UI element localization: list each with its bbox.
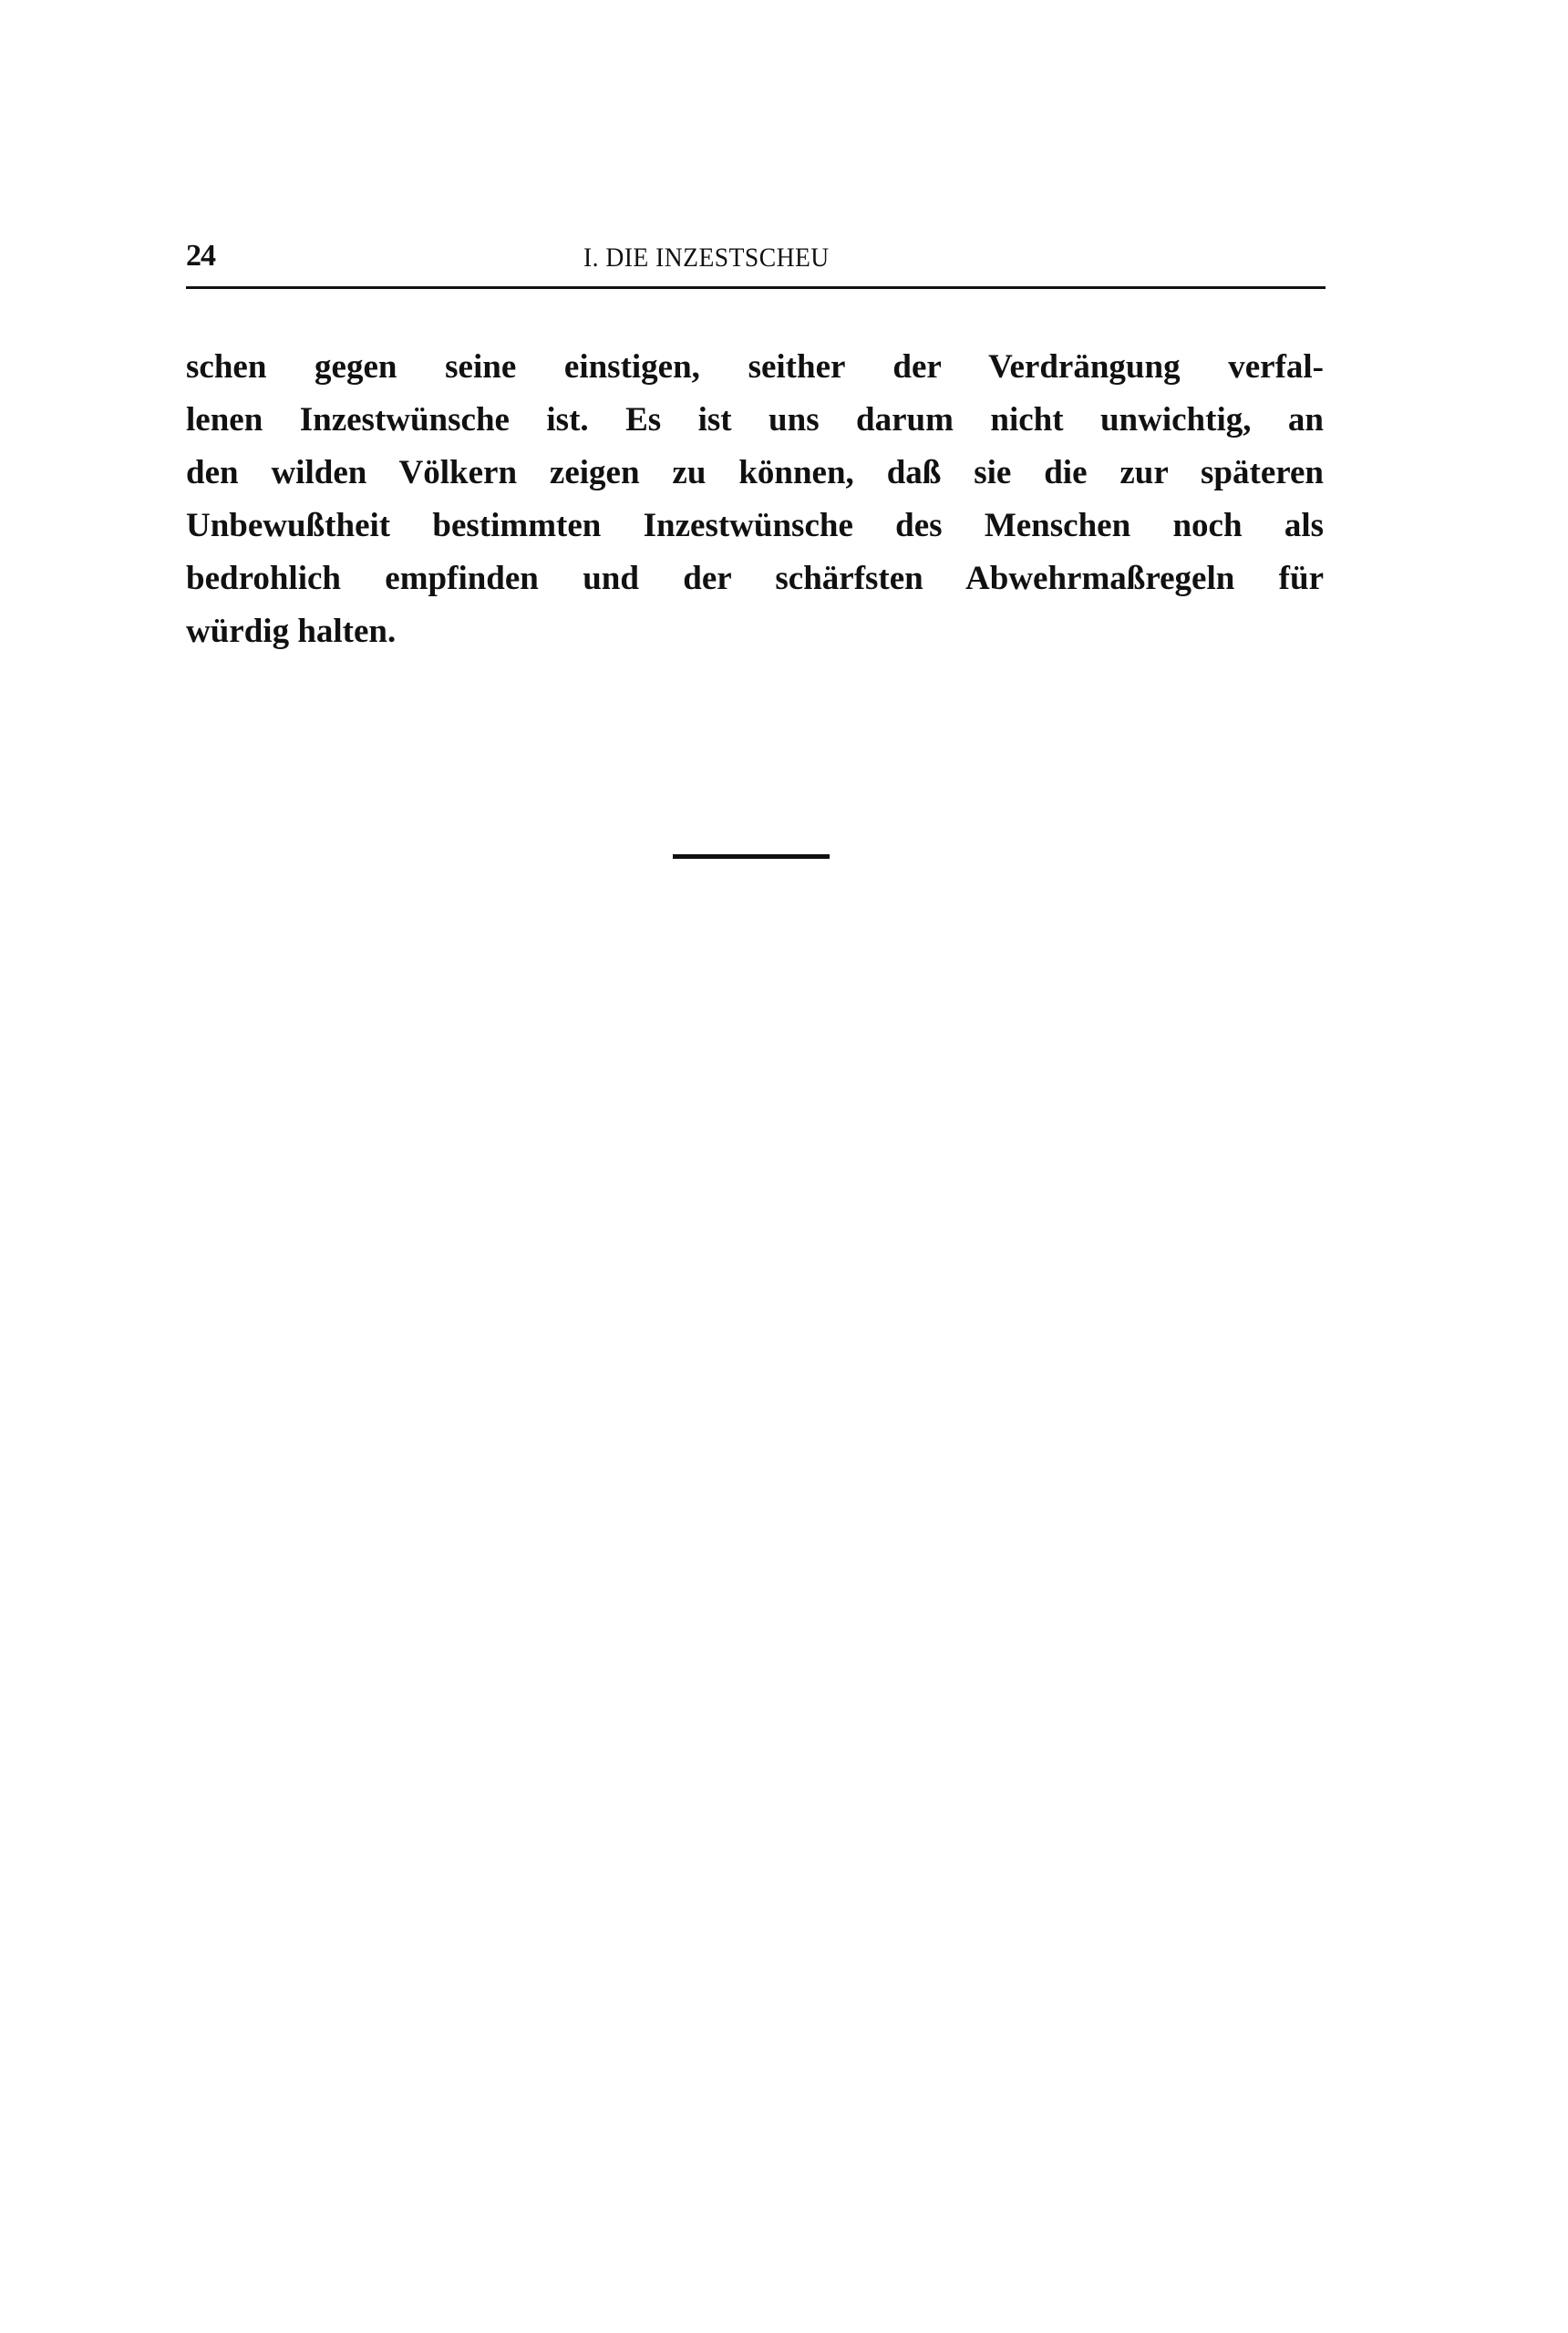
text-line: Unbewußtheit bestimmten Inzestwünsche de… — [186, 500, 1324, 552]
text-line: bedrohlich empfinden und der schärfsten … — [186, 552, 1324, 605]
text-line: würdig halten. — [186, 605, 1324, 658]
text-line: den wilden Völkern zeigen zu können, daß… — [186, 447, 1324, 500]
text-line: schen gegen seine einstigen, seither der… — [186, 341, 1324, 394]
body-paragraph: schen gegen seine einstigen, seither der… — [186, 341, 1324, 658]
header-rule — [186, 286, 1326, 289]
page-number: 24 — [186, 239, 215, 274]
page-header: 24 I. DIE INZESTSCHEU — [186, 235, 1324, 281]
text-line: lenen Inzestwünsche ist. Es ist uns daru… — [186, 394, 1324, 447]
section-end-rule — [673, 854, 830, 859]
running-head: I. DIE INZESTSCHEU — [583, 243, 830, 274]
